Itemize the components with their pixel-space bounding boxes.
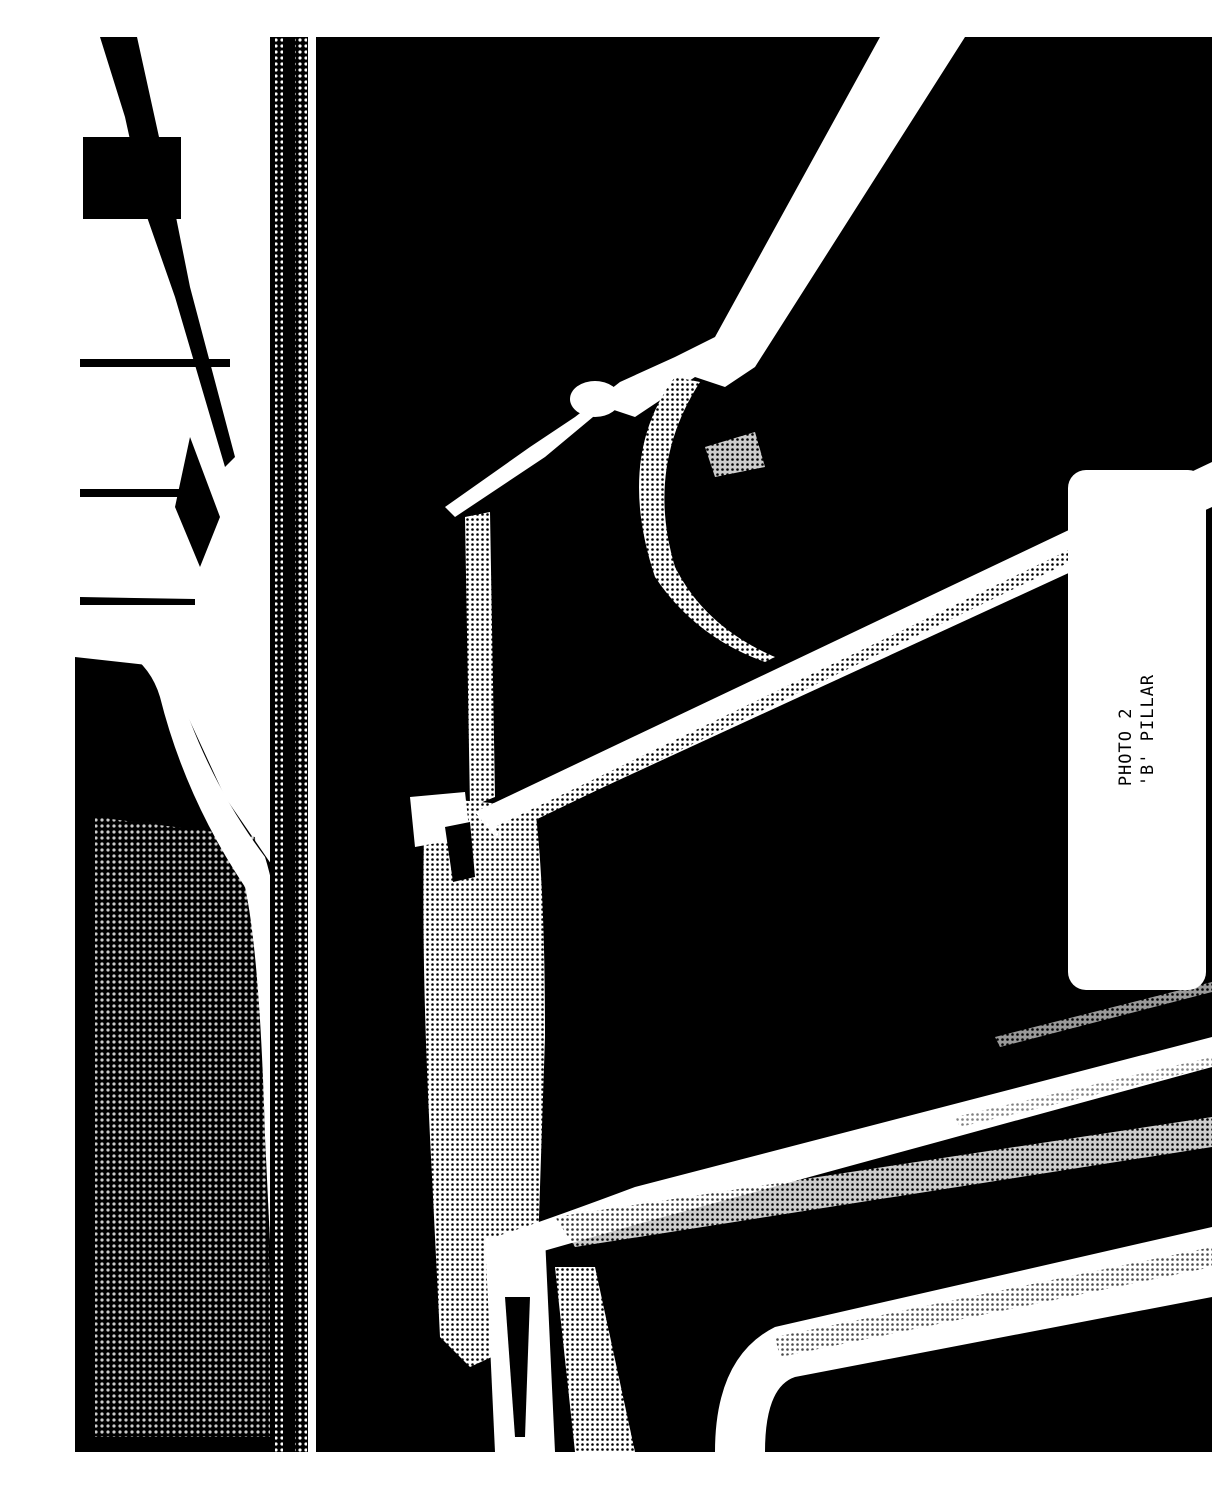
caption-line-1: PHOTO 2 [1116,708,1136,787]
caption-line-2: 'B' PILLAR [1138,674,1158,786]
b-pillar-photo-illustration [75,37,1212,1452]
photograph [75,37,1212,1452]
photo-caption: PHOTO 2 'B' PILLAR [1115,674,1159,786]
